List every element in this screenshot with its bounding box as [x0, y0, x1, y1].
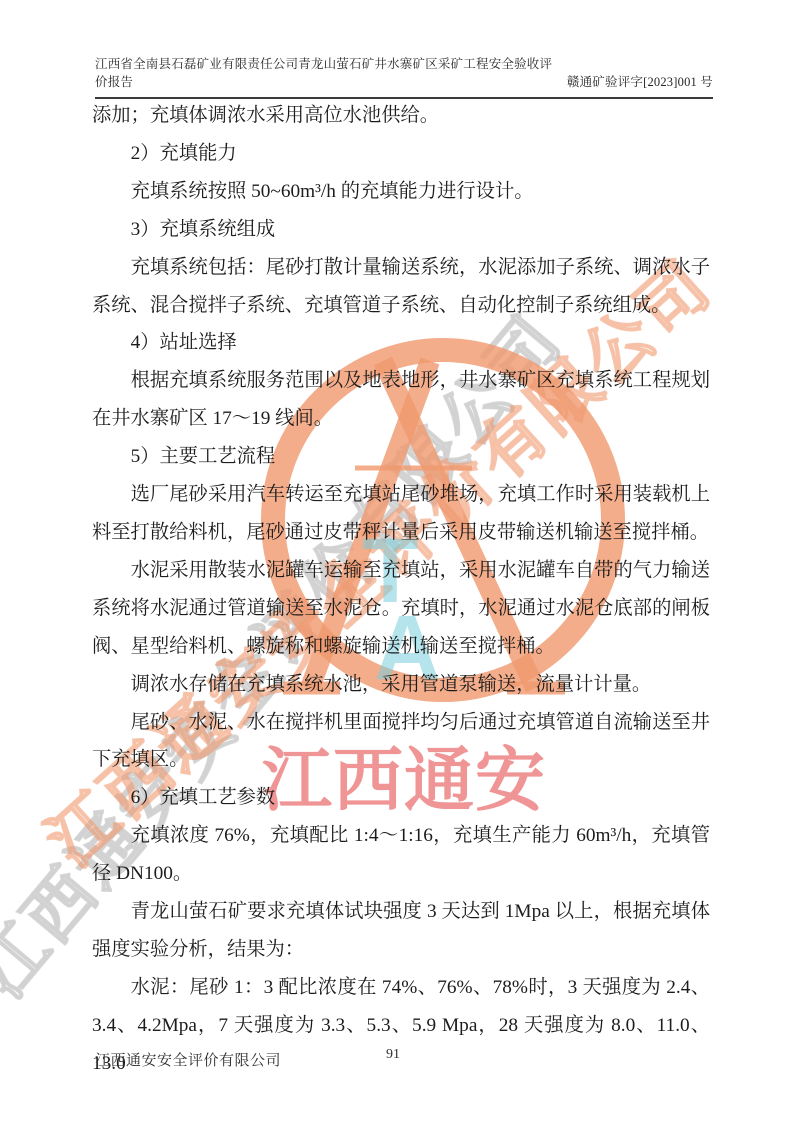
footer-page-number: 91	[386, 1047, 400, 1063]
body-paragraph: 尾砂、水泥、水在搅拌机里面搅拌均匀后通过充填管道自流输送至井下充填区。	[92, 704, 710, 780]
body-paragraph: 水泥采用散装水泥罐车运输至充填站，采用水泥罐车自带的气力输送系统将水泥通过管道输…	[92, 552, 710, 666]
footer-company-name: 江西通安安全评价有限公司	[95, 1049, 281, 1070]
body-paragraph: 2）充填能力	[92, 135, 710, 173]
header-doc-number: 赣通矿验评字[2023]001 号	[567, 72, 713, 90]
body-paragraph: 根据充填系统服务范围以及地表地形，井水寨矿区充填系统工程规划在井水寨矿区 17～…	[92, 362, 710, 438]
body-paragraph: 选厂尾砂采用汽车转运至充填站尾砂堆场，充填工作时采用装载机上料至打散给料机，尾砂…	[92, 476, 710, 552]
page-header: 江西省全南县石磊矿业有限责任公司青龙山萤石矿井水寨矿区采矿工程安全验收评价报告 …	[95, 54, 713, 99]
body-paragraph: 充填系统包括：尾砂打散计量输送系统，水泥添加子系统、调浓水子系统、混合搅拌子系统…	[92, 249, 710, 325]
body-paragraph: 充填系统按照 50~60m³/h 的充填能力进行设计。	[92, 173, 710, 211]
body-paragraph: 5）主要工艺流程	[92, 438, 710, 476]
body-paragraph: 添加；充填体调浓水采用高位水池供给。	[92, 97, 710, 135]
body-paragraph: 6）充填工艺参数	[92, 779, 710, 817]
body-paragraph: 4）站址选择	[92, 324, 710, 362]
header-report-title: 江西省全南县石磊矿业有限责任公司青龙山萤石矿井水寨矿区采矿工程安全验收评价报告	[95, 54, 553, 90]
body-paragraphs: 添加；充填体调浓水采用高位水池供给。2）充填能力充填系统按照 50~60m³/h…	[92, 97, 710, 1083]
body-paragraph: 调浓水存储在充填系统水池，采用管道泵输送，流量计计量。	[92, 666, 710, 704]
document-page: 江西通安安全评价有限公司 江西通安安全评价有限公司 T A 江西通安 江西省全南…	[0, 0, 800, 1131]
body-paragraph: 青龙山萤石矿要求充填体试块强度 3 天达到 1Mpa 以上，根据充填体强度实验分…	[92, 893, 710, 969]
body-paragraph: 充填浓度 76%，充填配比 1:4～1:16，充填生产能力 60m³/h，充填管…	[92, 817, 710, 893]
body-paragraph: 3）充填系统组成	[92, 211, 710, 249]
